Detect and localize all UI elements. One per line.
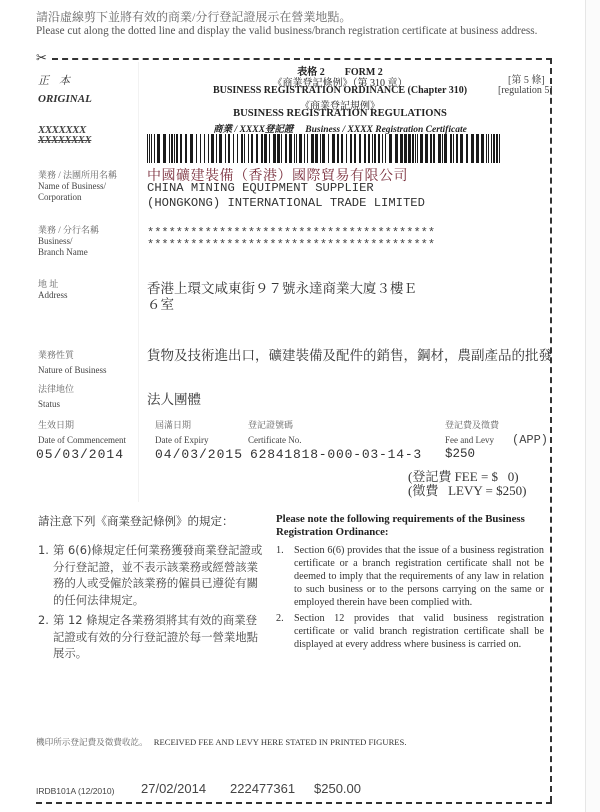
nature-of-business: 貨物及技術進出口，礦建裝備及配件的銷售，鋼材，農副產品的批發 [147, 344, 552, 364]
address-label: 地 址 Address [38, 279, 68, 301]
certificate-number: 62841818-000-03-14-3 [250, 447, 422, 462]
regulations-en: BUSINESS REGISTRATION REGULATIONS [180, 108, 500, 119]
regulation-ref-zh: [第 5 條] [508, 71, 545, 86]
business-name-en-line1: CHINA MINING EQUIPMENT SUPPLIER [147, 181, 374, 195]
fee-label: 登記費及徵費 Fee and Levy [445, 420, 499, 446]
column-divider [138, 62, 139, 502]
branch-label: 業務 / 分行名稱 Business/ Branch Name [38, 225, 99, 258]
ordinance-en: BUSINESS REGISTRATION ORDINANCE (Chapter… [180, 85, 500, 96]
note-en-item: 2.Section 12 provides that valid busines… [276, 612, 546, 651]
redacted-mark: XXXXXXXX [38, 135, 91, 146]
levy-breakdown: (徵費 LEVY = $250) [408, 480, 526, 499]
cut-line-bottom [36, 802, 552, 804]
expiry-date: 04/03/2015 [155, 447, 243, 462]
note-zh-item: 2.第 12 條規定各業務須將其有效的商業登記證或有效的分行登記證於每一營業地點… [38, 612, 270, 662]
nature-label: 業務性質 Nature of Business [38, 350, 107, 376]
notes-zh-title: 請注意下列《商業登記條例》的規定： [38, 513, 234, 529]
fee-tag: (APP) [512, 433, 548, 447]
certificate-no-label: 登記證號碼 Certificate No. [248, 420, 301, 446]
regulation-ref-en: [regulation 5] [498, 85, 553, 96]
receipt-number: 222477361 [230, 781, 295, 796]
copy-type-en: ORIGINAL [38, 93, 92, 105]
form-code: IRDB101A (12/2010) [36, 786, 114, 796]
payment-amount: $250.00 [314, 781, 361, 796]
receipt-statement: 機印所示登記費及徵費收訖。RECEIVED FEE AND LEVY HERE … [36, 736, 406, 748]
branch-name-line2: **************************************** [147, 238, 435, 252]
expiry-label: 屆滿日期 Date of Expiry [155, 420, 208, 446]
scissors-icon: ✂ [36, 52, 47, 64]
cut-instruction-zh: 請沿虛線剪下並將有效的商業/分行登記證展示在營業地點。 [36, 8, 351, 25]
page-edge [585, 0, 600, 812]
address-line2: ６室 [147, 293, 174, 313]
cut-line-right [550, 58, 552, 802]
commencement-date: 05/03/2014 [36, 447, 124, 462]
name-label: 業務 / 法團所用名稱 Name of Business/ Corporatio… [38, 170, 117, 203]
notes-en-title: Please note the following requirements o… [276, 513, 544, 539]
commencement-label: 生效日期 Date of Commencement [38, 420, 126, 446]
fee-amount: $250 [445, 447, 475, 461]
certificate-title: 商業 / XXXX登記證 Business / XXXX Registratio… [180, 121, 500, 135]
business-name-en-line2: (HONGKONG) INTERNATIONAL TRADE LIMITED [147, 196, 425, 210]
copy-type-zh: 正本 [38, 72, 80, 88]
payment-date: 27/02/2014 [141, 781, 206, 796]
status-label: 法律地位 Status [38, 384, 74, 410]
note-en-item: 1.Section 6(6) provides that the issue o… [276, 544, 546, 609]
note-zh-item: 1.第 6(6)條規定任何業務獲發商業登記證或分行登記證，並不表示該業務或經營該… [38, 542, 270, 608]
cut-instruction-en: Please cut along the dotted line and dis… [36, 25, 537, 37]
legal-status: 法人團體 [147, 388, 201, 408]
barcode [147, 134, 500, 163]
address-line1: 香港上環文咸東街９７號永達商業大廈３樓Ｅ [147, 277, 417, 297]
cut-line-top [52, 58, 552, 60]
